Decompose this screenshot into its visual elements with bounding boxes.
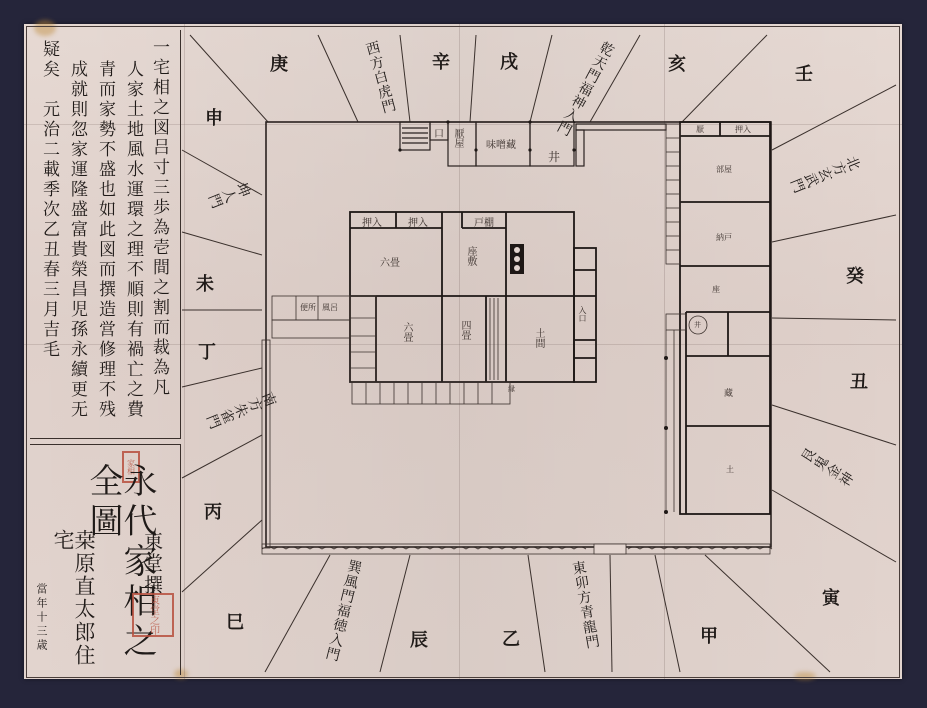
direction-label: 庚 xyxy=(270,50,288,76)
room-label: 押入 xyxy=(362,214,382,229)
room-label: 座敷 xyxy=(466,246,478,266)
direction-label: 癸 xyxy=(846,262,864,288)
room-label: 厭 xyxy=(696,124,704,135)
direction-label: 甲 xyxy=(700,622,718,648)
room-label: 風呂 xyxy=(322,302,338,313)
room-label: 四畳 xyxy=(460,320,472,340)
room-label: 便所 xyxy=(300,302,316,313)
direction-label: 申 xyxy=(205,104,223,130)
room-label: 縁 xyxy=(508,384,515,394)
room-label: 井 xyxy=(694,320,701,330)
room-label: 座 xyxy=(712,284,720,295)
room-label: 押入 xyxy=(408,214,428,229)
room-label: 部屋 xyxy=(716,164,732,175)
floor-plan xyxy=(0,0,927,708)
direction-label: 巳 xyxy=(226,608,244,634)
direction-label: 丁 xyxy=(198,338,216,364)
room-label: 井 xyxy=(548,148,560,165)
main-house xyxy=(350,212,596,382)
room-label: 六畳 xyxy=(402,322,414,342)
room-label: 土 xyxy=(726,464,734,475)
room-label: 入口 xyxy=(576,306,588,322)
direction-label: 乙 xyxy=(502,625,520,651)
direction-label: 亥 xyxy=(668,50,686,76)
room-label: 味噌藏 xyxy=(486,136,516,151)
direction-label: 辰 xyxy=(410,626,428,652)
room-label: 戸棚 xyxy=(474,214,494,229)
room-label: 藏 xyxy=(724,386,733,399)
post-markers xyxy=(398,120,668,514)
room-label: 土間 xyxy=(534,328,546,348)
direction-label: 未 xyxy=(196,270,214,296)
room-label: 厭屋 xyxy=(453,128,465,148)
direction-label: 辛 xyxy=(432,48,450,74)
room-label: 口 xyxy=(434,125,444,140)
direction-label: 寅 xyxy=(822,584,840,610)
room-label: 納戸 xyxy=(716,232,732,243)
stove-burners xyxy=(514,247,520,271)
east-wing xyxy=(680,122,770,514)
compass-sector-lines xyxy=(182,35,896,672)
direction-label: 丙 xyxy=(204,498,222,524)
stone-fence xyxy=(262,340,772,554)
room-label: 押入 xyxy=(735,124,751,135)
direction-label: 丑 xyxy=(850,368,868,394)
room-label: 六畳 xyxy=(380,254,400,269)
direction-label: 壬 xyxy=(795,60,813,86)
property-boundary xyxy=(266,122,771,547)
direction-label: 戌 xyxy=(500,48,518,74)
